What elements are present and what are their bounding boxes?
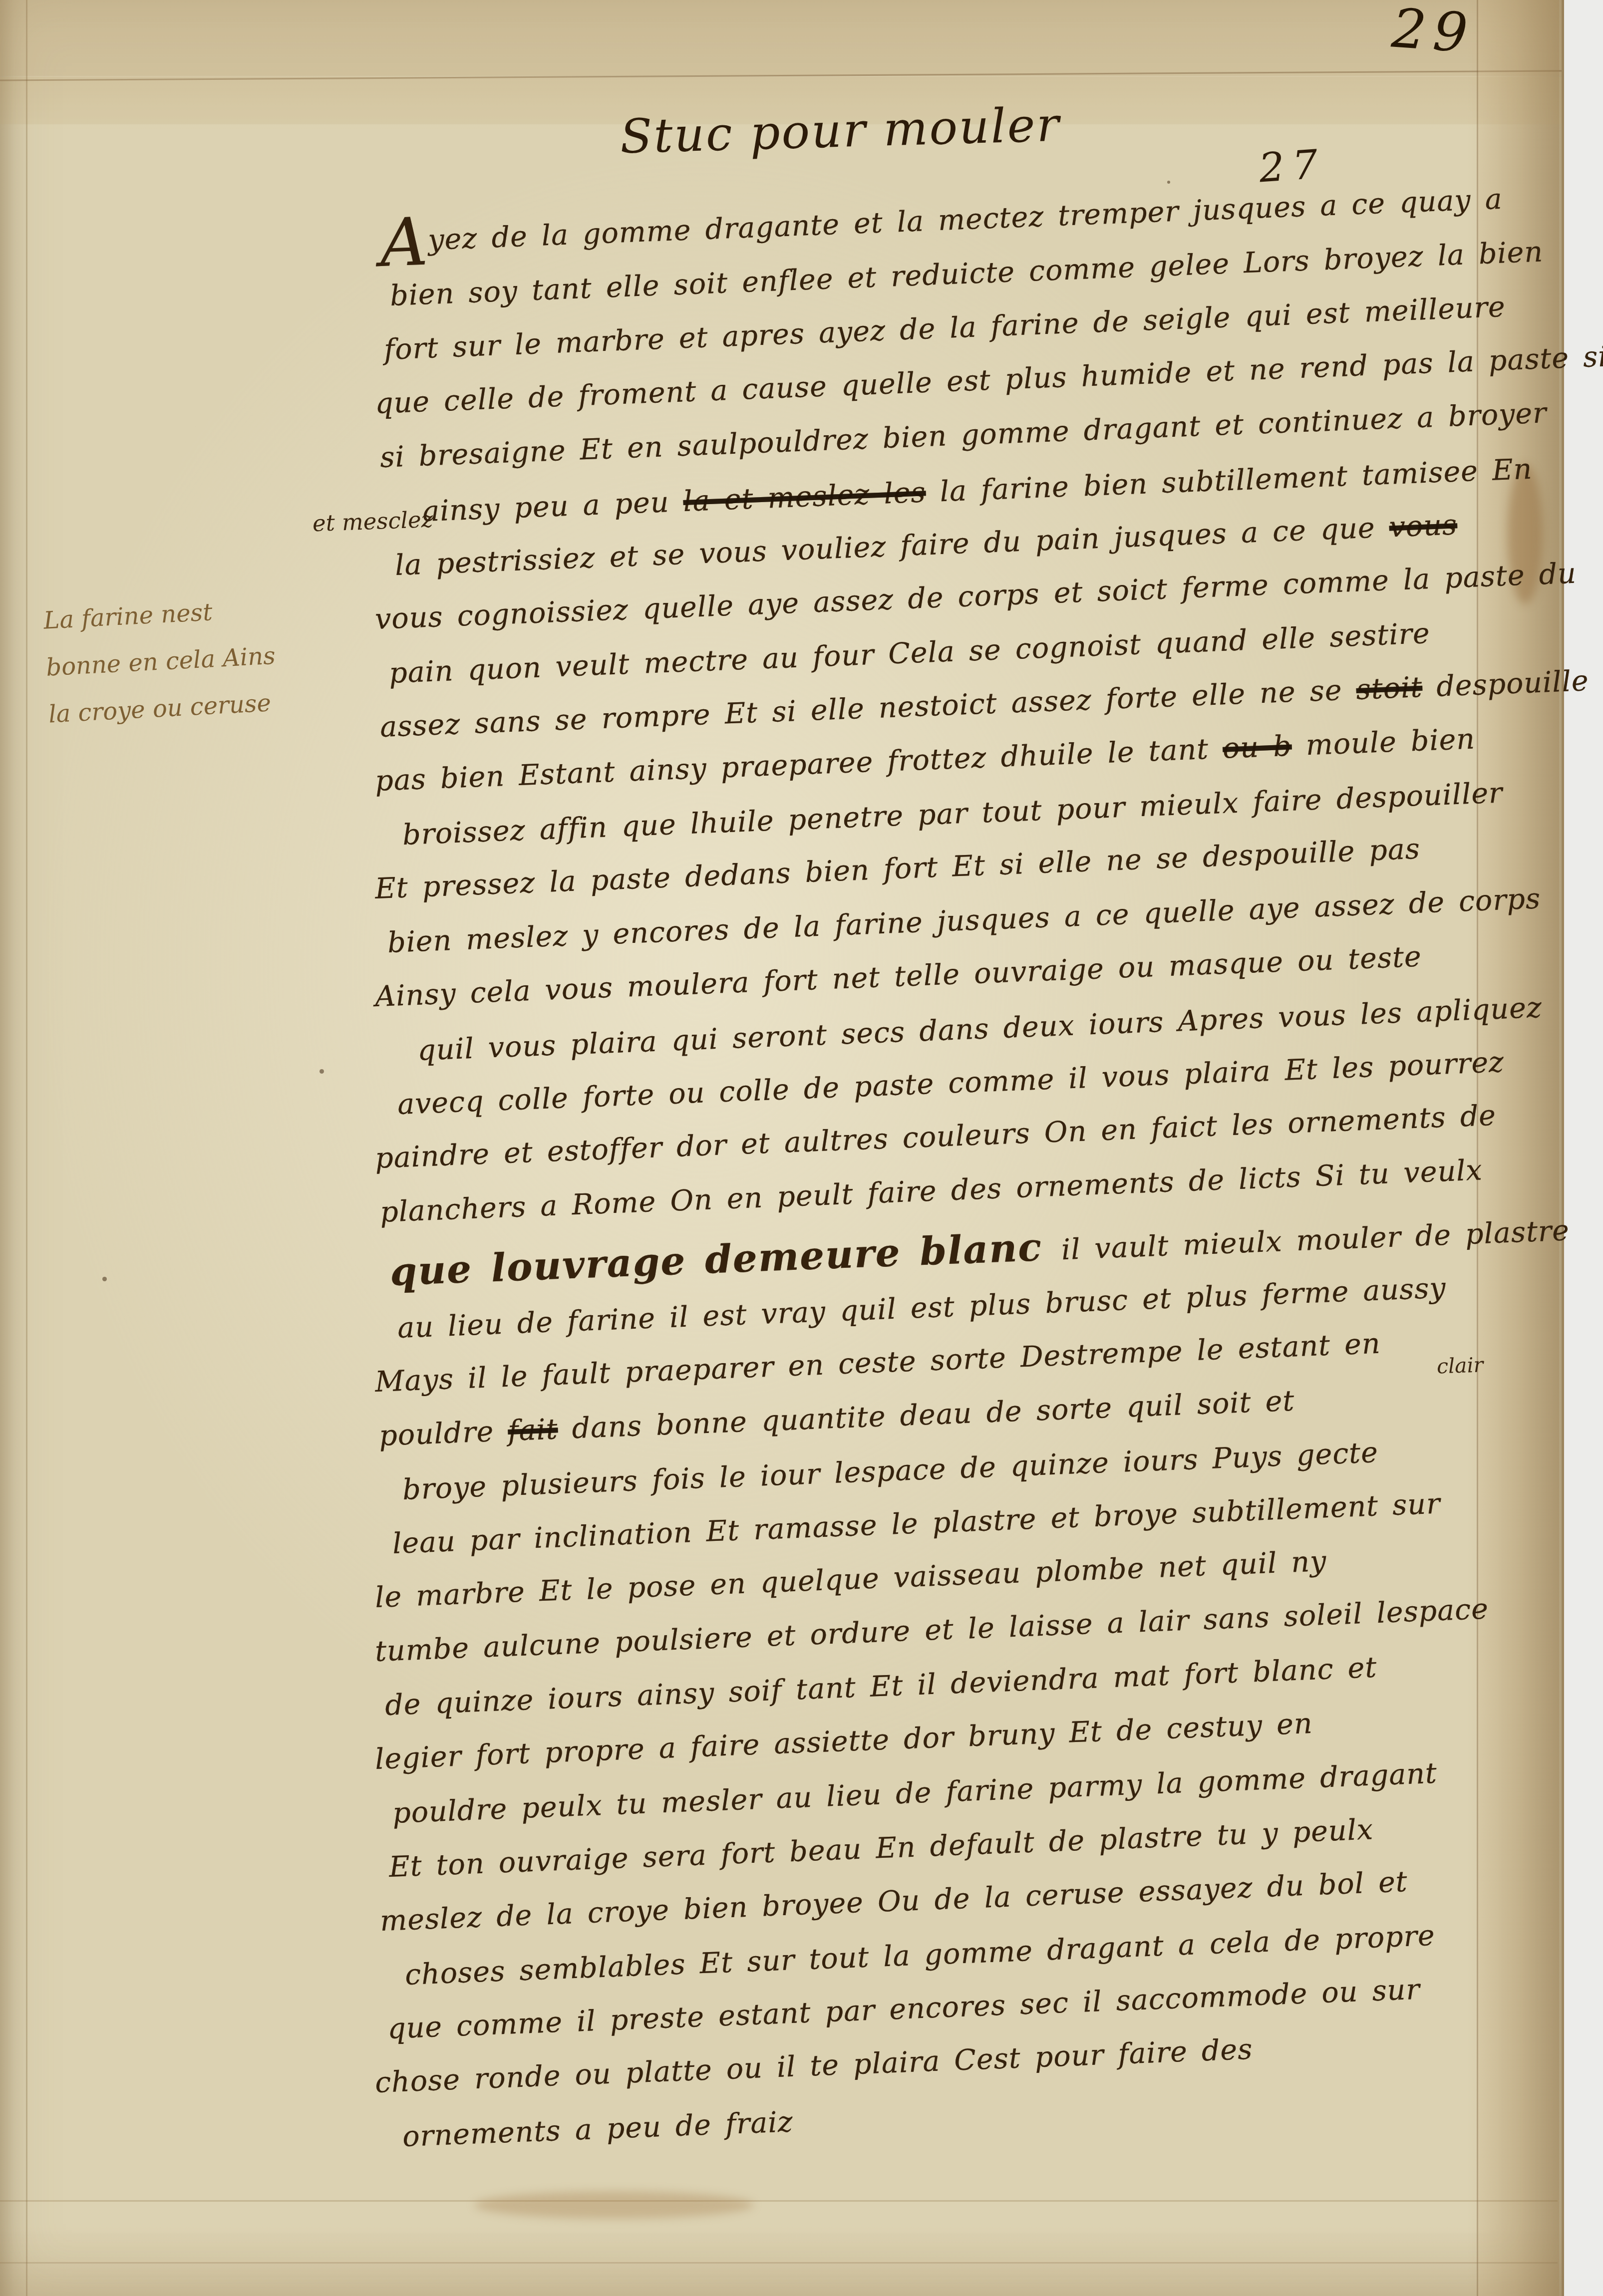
folio-number: 29 bbox=[1390, 0, 1477, 65]
horizontal-crease-bottom-1 bbox=[0, 2200, 1558, 2202]
struck-text: ou b bbox=[1222, 729, 1292, 765]
manuscript-line-text: il vault mieulx mouler de plastre bbox=[1061, 1214, 1570, 1266]
ink-speck bbox=[1167, 181, 1170, 184]
recipe-number: 27 bbox=[1258, 140, 1327, 191]
vertical-crease-left bbox=[26, 0, 27, 2296]
manuscript-line-text: pouldre bbox=[378, 1415, 509, 1452]
initial-letter: A bbox=[378, 203, 429, 282]
horizontal-crease-bottom-2 bbox=[0, 2262, 1558, 2264]
ink-speck bbox=[102, 1277, 107, 1281]
manuscript-text: Ayez de la gomme dragante et la mectez t… bbox=[375, 226, 1544, 2174]
ink-speck bbox=[320, 1069, 324, 1074]
struck-text: stoit bbox=[1355, 671, 1423, 706]
brown-stain-bottom bbox=[474, 2191, 754, 2219]
struck-text: vous bbox=[1388, 508, 1458, 544]
struck-text: fait bbox=[507, 1413, 559, 1447]
manuscript-line-text: despouille bbox=[1422, 664, 1590, 704]
struck-text: la et meslez les bbox=[682, 476, 927, 518]
margin-note: La farine nestbonne en cela Ainsla croye… bbox=[42, 580, 369, 738]
manuscript-photo: { "page": { "folio_number": "29", "recip… bbox=[0, 0, 1603, 2296]
manuscript-line-text: moule bien bbox=[1291, 722, 1476, 762]
